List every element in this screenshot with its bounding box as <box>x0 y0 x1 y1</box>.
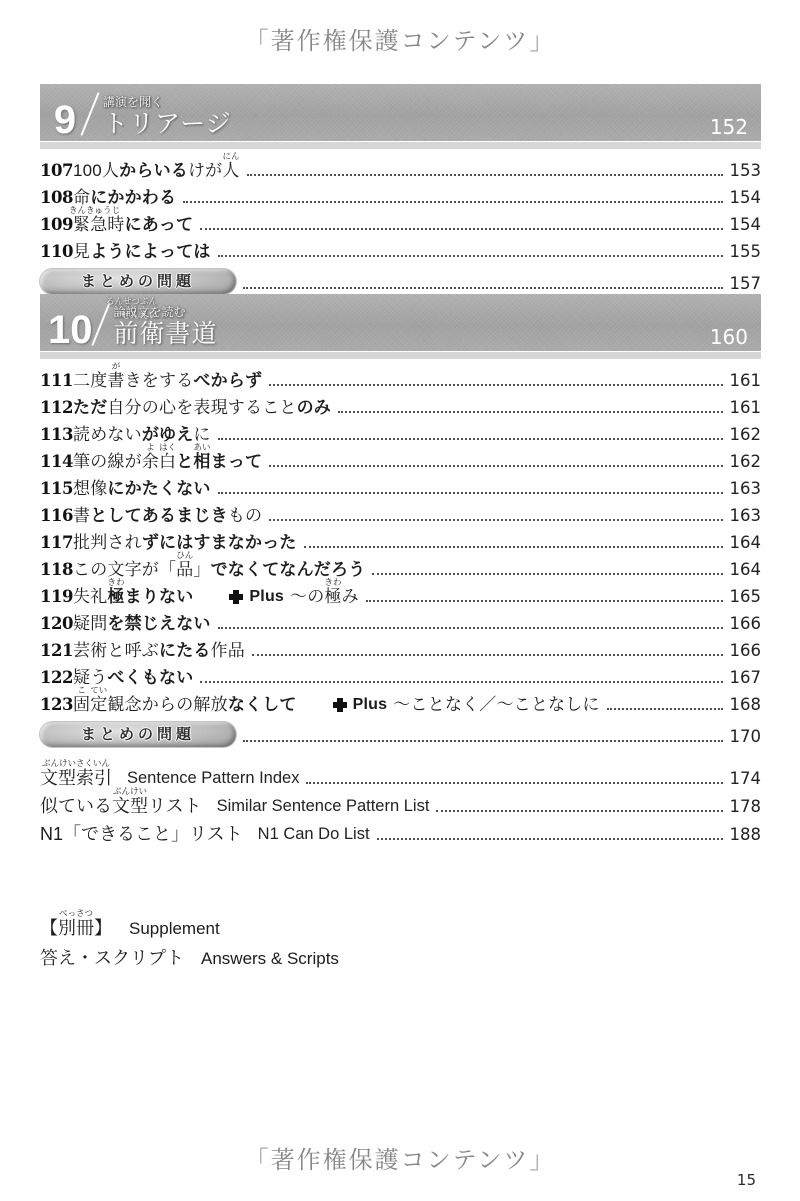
text-segment: でなくてなんだろう <box>211 560 366 579</box>
dotted-leader <box>218 492 723 494</box>
appendix-title-jp: N1「できること」リスト <box>40 824 243 845</box>
summary-page-number: 170 <box>728 727 761 747</box>
toc-section: 9講演を聞くトリアージ152107100人からいるけが人にん153108命にかか… <box>40 84 761 294</box>
item-page-number: 163 <box>728 506 761 526</box>
toc-item-row: 111二度書がきをするべからず161 <box>40 364 761 391</box>
text-segment: 白はく <box>159 452 176 472</box>
item-page-number: 164 <box>728 560 761 580</box>
text-segment: を禁じえない <box>107 614 210 633</box>
furigana: べっさつ <box>59 909 93 918</box>
section-item-list: 111二度書がきをするべからず161112ただ自分の心を表現することのみ1611… <box>40 359 761 715</box>
supplement-title-row: 【別冊べっさつ】 Supplement <box>40 909 761 939</box>
toc-item-row: 123固こ定てい観念からの解放なくしてPlus〜ことなく／〜ことなしに168 <box>40 688 761 715</box>
section-header-text: 講演を聞くトリアージ <box>103 96 232 137</box>
furigana: が <box>112 362 121 371</box>
dotted-leader <box>306 782 723 784</box>
section-header-band: 10論説文ろんせつぶんを読む前衛ぜんえい書道160 <box>40 294 761 351</box>
section-header-strip <box>40 142 761 149</box>
dotted-leader <box>218 627 723 629</box>
text-segment: 作品 <box>211 641 245 660</box>
dotted-leader <box>247 174 723 176</box>
item-title: 筆の線が余よ白はくと相あいまって <box>73 452 262 472</box>
text-segment: 定てい <box>90 695 107 715</box>
item-title: 緊急きんきゅう時じにあって <box>73 215 193 235</box>
text-segment: まりない <box>125 587 194 606</box>
furigana: ろんせつぶん <box>106 297 157 306</box>
supplement-answers-en: Answers & Scripts <box>201 948 339 969</box>
text-segment: 余よ <box>142 452 159 472</box>
dotted-leader <box>183 201 723 203</box>
text-segment: きをする <box>125 371 194 390</box>
text-segment: べからず <box>193 371 262 390</box>
dotted-leader <box>269 519 723 521</box>
furigana: にん <box>222 152 239 161</box>
item-page-number: 163 <box>728 479 761 499</box>
section-header-text: 論説文ろんせつぶんを読む前衛ぜんえい書道 <box>114 306 218 347</box>
item-number: 119 <box>40 587 73 607</box>
text-segment: 〜の <box>290 587 324 606</box>
furigana: ぜんえい <box>121 311 157 320</box>
furigana: あい <box>194 443 211 452</box>
item-page-number: 154 <box>728 215 761 235</box>
item-number: 120 <box>40 614 73 634</box>
appendix-row: N1「できること」リストN1 Can Do List188 <box>40 817 761 845</box>
section-number: 9 <box>48 103 82 137</box>
item-number: 116 <box>40 506 73 526</box>
item-title: ただ自分の心を表現することのみ <box>73 398 331 418</box>
text-segment: 書が <box>107 371 124 391</box>
toc-item-row: 122疑うべくもない167 <box>40 661 761 688</box>
text-segment: 極きわ <box>324 587 341 607</box>
item-title: 失礼極きわまりないPlus〜の極きわみ <box>73 587 359 607</box>
item-number: 111 <box>40 371 73 391</box>
text-segment: 自分の心を表現すること <box>107 398 296 417</box>
furigana: きわ <box>107 578 124 587</box>
text-segment: 二度 <box>73 371 107 390</box>
furigana: よ <box>146 443 155 452</box>
furigana: ひん <box>176 551 193 560</box>
dotted-leader <box>304 546 723 548</box>
toc-item-row: 116書としてあるまじきもの163 <box>40 499 761 526</box>
dotted-leader <box>218 438 723 440</box>
text-segment: リスト <box>148 796 202 816</box>
appendix-page-number: 178 <box>728 797 761 817</box>
text-segment: 】 <box>94 918 112 938</box>
text-segment: にかたくない <box>107 479 210 498</box>
item-number: 118 <box>40 560 73 580</box>
summary-badge-label: まとめの問題 <box>81 727 195 742</box>
toc-item-row: 107100人からいるけが人にん153 <box>40 154 761 181</box>
dotted-leader <box>243 287 723 289</box>
plus-pattern: Plus〜の極きわみ <box>229 587 358 607</box>
supplement-block: 【別冊べっさつ】 Supplement 答え・スクリプト Answers & S… <box>40 909 761 969</box>
text-segment: 見 <box>73 242 90 261</box>
dotted-leader <box>372 573 723 575</box>
toc-item-row: 113読めないがゆえに162 <box>40 418 761 445</box>
item-page-number: 168 <box>728 695 761 715</box>
dotted-leader <box>243 740 723 742</box>
item-title: 固こ定てい観念からの解放なくしてPlus〜ことなく／〜ことなしに <box>73 695 600 715</box>
item-page-number: 161 <box>728 371 761 391</box>
toc-item-row: 112ただ自分の心を表現することのみ161 <box>40 391 761 418</box>
text-segment: 文型索引ぶんけいさくいん <box>40 768 112 789</box>
section-slash-divider <box>80 92 99 135</box>
text-segment: けが <box>188 161 222 180</box>
toc-item-row: 115想像にかたくない163 <box>40 472 761 499</box>
toc-item-row: 120疑問を禁じえない166 <box>40 607 761 634</box>
furigana: ぶんけいさくいん <box>42 759 110 768</box>
text-segment: 100人 <box>73 161 119 180</box>
item-number: 110 <box>40 242 73 262</box>
furigana: はく <box>159 443 176 452</box>
item-page-number: 165 <box>728 587 761 607</box>
copyright-watermark-bottom: 「著作権保護コンテンツ」 <box>0 1140 800 1175</box>
toc-item-row: 117批判されずにはすまなかった164 <box>40 526 761 553</box>
text-segment: からいる <box>119 161 188 180</box>
furigana: ぶんけい <box>113 787 147 796</box>
furigana: てい <box>90 686 107 695</box>
furigana: じ <box>112 206 121 215</box>
item-page-number: 164 <box>728 533 761 553</box>
item-number: 109 <box>40 215 73 235</box>
plus-icon <box>333 698 347 712</box>
appendix-title-jp: 文型索引ぶんけいさくいん <box>40 768 112 789</box>
toc-item-row: 109緊急きんきゅう時じにあって154 <box>40 208 761 235</box>
dotted-leader <box>366 600 723 602</box>
text-segment: 相あい <box>193 452 210 472</box>
section-page-number: 160 <box>710 327 748 347</box>
text-segment: 読めない <box>73 425 142 444</box>
section-category: 講演を聞く <box>103 96 232 109</box>
text-segment: 〜ことなく／〜ことなしに <box>393 695 599 714</box>
appendix-title-jp: 似ている文型ぶんけいリスト <box>40 796 202 817</box>
item-page-number: 161 <box>728 398 761 418</box>
item-page-number: 155 <box>728 242 761 262</box>
plus-pattern-text: 〜の極きわみ <box>290 587 359 607</box>
text-segment: なくして <box>228 695 297 714</box>
appendix-title-en: N1 Can Do List <box>258 824 370 845</box>
toc-content: 9講演を聞くトリアージ152107100人からいるけが人にん153108命にかか… <box>40 84 761 969</box>
text-segment: のみ <box>297 398 331 417</box>
summary-badge: まとめの問題 <box>40 269 236 294</box>
item-number: 115 <box>40 479 73 499</box>
supplement-answers-row: 答え・スクリプト Answers & Scripts <box>40 939 761 969</box>
item-title: 見ようによっては <box>73 242 211 262</box>
supplement-title-jp: 【別冊べっさつ】 <box>40 918 112 939</box>
text-segment: まって <box>211 452 263 471</box>
book-page-number: 15 <box>737 1171 756 1189</box>
appendix-title-en: Similar Sentence Pattern List <box>217 796 430 817</box>
item-page-number: 162 <box>728 425 761 445</box>
section-item-list: 107100人からいるけが人にん153108命にかかわる154109緊急きんきゅ… <box>40 149 761 262</box>
text-segment: 極きわ <box>107 587 124 607</box>
supplement-title-en: Supplement <box>129 918 220 939</box>
toc-section: 10論説文ろんせつぶんを読む前衛ぜんえい書道160111二度書がきをするべからず… <box>40 294 761 747</box>
text-segment: み <box>342 587 359 606</box>
appendix-list: 文型索引ぶんけいさくいんSentence Pattern Index174似てい… <box>40 761 761 845</box>
toc-sections: 9講演を聞くトリアージ152107100人からいるけが人にん153108命にかか… <box>40 84 761 747</box>
dotted-leader <box>436 810 723 812</box>
dotted-leader <box>607 708 723 710</box>
text-segment: 似ている <box>40 796 112 816</box>
summary-badge-label: まとめの問題 <box>81 274 195 289</box>
text-segment: 別冊べっさつ <box>58 918 94 939</box>
item-number: 123 <box>40 695 73 715</box>
item-page-number: 162 <box>728 452 761 472</box>
furigana: きわ <box>325 578 342 587</box>
dotted-leader <box>200 228 723 230</box>
furigana: こ <box>77 686 86 695</box>
plus-label: Plus <box>353 695 388 715</box>
plus-pattern-text: 〜ことなく／〜ことなしに <box>393 695 599 715</box>
text-segment: 時じ <box>107 215 124 235</box>
text-segment: トリアージ <box>103 110 232 138</box>
text-segment: 人にん <box>222 161 239 181</box>
item-page-number: 166 <box>728 614 761 634</box>
item-title: 二度書がきをするべからず <box>73 371 262 391</box>
text-segment: ずにはすまなかった <box>142 533 297 552</box>
text-segment: もの <box>228 506 262 525</box>
appendix-title-en: Sentence Pattern Index <box>127 768 299 789</box>
section-slash-divider <box>91 302 110 345</box>
plus-icon <box>229 590 243 604</box>
text-segment: この文字が「 <box>73 560 176 579</box>
text-segment: 固こ <box>73 695 90 715</box>
item-page-number: 154 <box>728 188 761 208</box>
section-header-band: 9講演を聞くトリアージ152 <box>40 84 761 141</box>
text-segment: ただ <box>73 398 107 417</box>
item-number: 117 <box>40 533 73 553</box>
text-segment: 想像 <box>73 479 107 498</box>
text-segment: 品ひん <box>176 560 193 580</box>
text-segment: 書道 <box>166 320 218 348</box>
appendix-page-number: 174 <box>728 769 761 789</box>
section-page-number: 152 <box>710 117 748 137</box>
item-number: 122 <box>40 668 73 688</box>
dotted-leader <box>338 411 723 413</box>
plus-label: Plus <box>249 587 284 607</box>
text-segment: べくもない <box>107 668 193 687</box>
text-segment: 観念からの解放 <box>107 695 227 714</box>
item-page-number: 167 <box>728 668 761 688</box>
dotted-leader <box>218 255 723 257</box>
appendix-row: 似ている文型ぶんけいリストSimilar Sentence Pattern Li… <box>40 789 761 817</box>
item-title: 100人からいるけが人にん <box>73 161 240 181</box>
text-segment: にあって <box>125 215 194 234</box>
section-number: 10 <box>48 313 93 347</box>
item-title: 想像にかたくない <box>73 479 211 499</box>
dotted-leader <box>377 838 723 840</box>
item-title: 疑問を禁じえない <box>73 614 211 634</box>
dotted-leader <box>269 384 723 386</box>
toc-item-row: 110見ようによっては155 <box>40 235 761 262</box>
text-segment: 芸術と呼ぶ <box>73 641 159 660</box>
text-segment: 」 <box>193 560 210 579</box>
appendix-row: 文型索引ぶんけいさくいんSentence Pattern Index174 <box>40 761 761 789</box>
item-number: 113 <box>40 425 73 445</box>
summary-row: まとめの問題157 <box>40 264 761 294</box>
furigana: きんきゅう <box>69 206 112 215</box>
text-segment: 講演を聞く <box>103 95 163 109</box>
section-title: トリアージ <box>103 111 232 137</box>
toc-item-row: 119失礼極きわまりないPlus〜の極きわみ165 <box>40 580 761 607</box>
text-segment: 筆の線が <box>73 452 142 471</box>
text-segment: N1「できること」リスト <box>40 824 243 844</box>
text-segment: 疑問 <box>73 614 107 633</box>
text-segment: 文型ぶんけい <box>112 796 148 817</box>
item-number: 121 <box>40 641 73 661</box>
copyright-watermark-top: 「著作権保護コンテンツ」 <box>0 21 800 56</box>
summary-badge: まとめの問題 <box>40 722 236 747</box>
text-segment: 批判され <box>73 533 142 552</box>
item-number: 112 <box>40 398 73 418</box>
item-number: 107 <box>40 161 73 181</box>
dotted-leader <box>200 681 723 683</box>
item-number: 114 <box>40 452 73 472</box>
item-title: 読めないがゆえに <box>73 425 211 445</box>
item-page-number: 166 <box>728 641 761 661</box>
text-segment: としてあるまじき <box>90 506 228 525</box>
text-segment: 前衛ぜんえい <box>114 321 166 347</box>
text-segment: にたる <box>159 641 211 660</box>
text-segment: ようによっては <box>90 242 210 261</box>
summary-page-number: 157 <box>728 274 761 294</box>
dotted-leader <box>269 465 723 467</box>
text-segment: 【 <box>40 918 58 938</box>
item-title: 書としてあるまじきもの <box>73 506 262 526</box>
toc-item-row: 108命にかかわる154 <box>40 181 761 208</box>
summary-row: まとめの問題170 <box>40 717 761 747</box>
plus-pattern: Plus〜ことなく／〜ことなしに <box>333 695 600 715</box>
toc-item-row: 121芸術と呼ぶにたる作品166 <box>40 634 761 661</box>
item-title: 芸術と呼ぶにたる作品 <box>73 641 245 661</box>
text-segment: 緊急きんきゅう <box>73 215 107 235</box>
item-page-number: 153 <box>728 161 761 181</box>
toc-item-row: 118この文字が「品ひん」でなくてなんだろう164 <box>40 553 761 580</box>
supplement-answers-jp: 答え・スクリプト <box>40 948 184 969</box>
section-header-strip <box>40 352 761 359</box>
dotted-leader <box>252 654 723 656</box>
text-segment: と <box>176 452 193 471</box>
toc-item-row: 114筆の線が余よ白はくと相あいまって162 <box>40 445 761 472</box>
section-title: 前衛ぜんえい書道 <box>114 321 218 347</box>
appendix-page-number: 188 <box>728 825 761 845</box>
text-segment: 失礼 <box>73 587 107 606</box>
text-segment: 書 <box>73 506 90 525</box>
